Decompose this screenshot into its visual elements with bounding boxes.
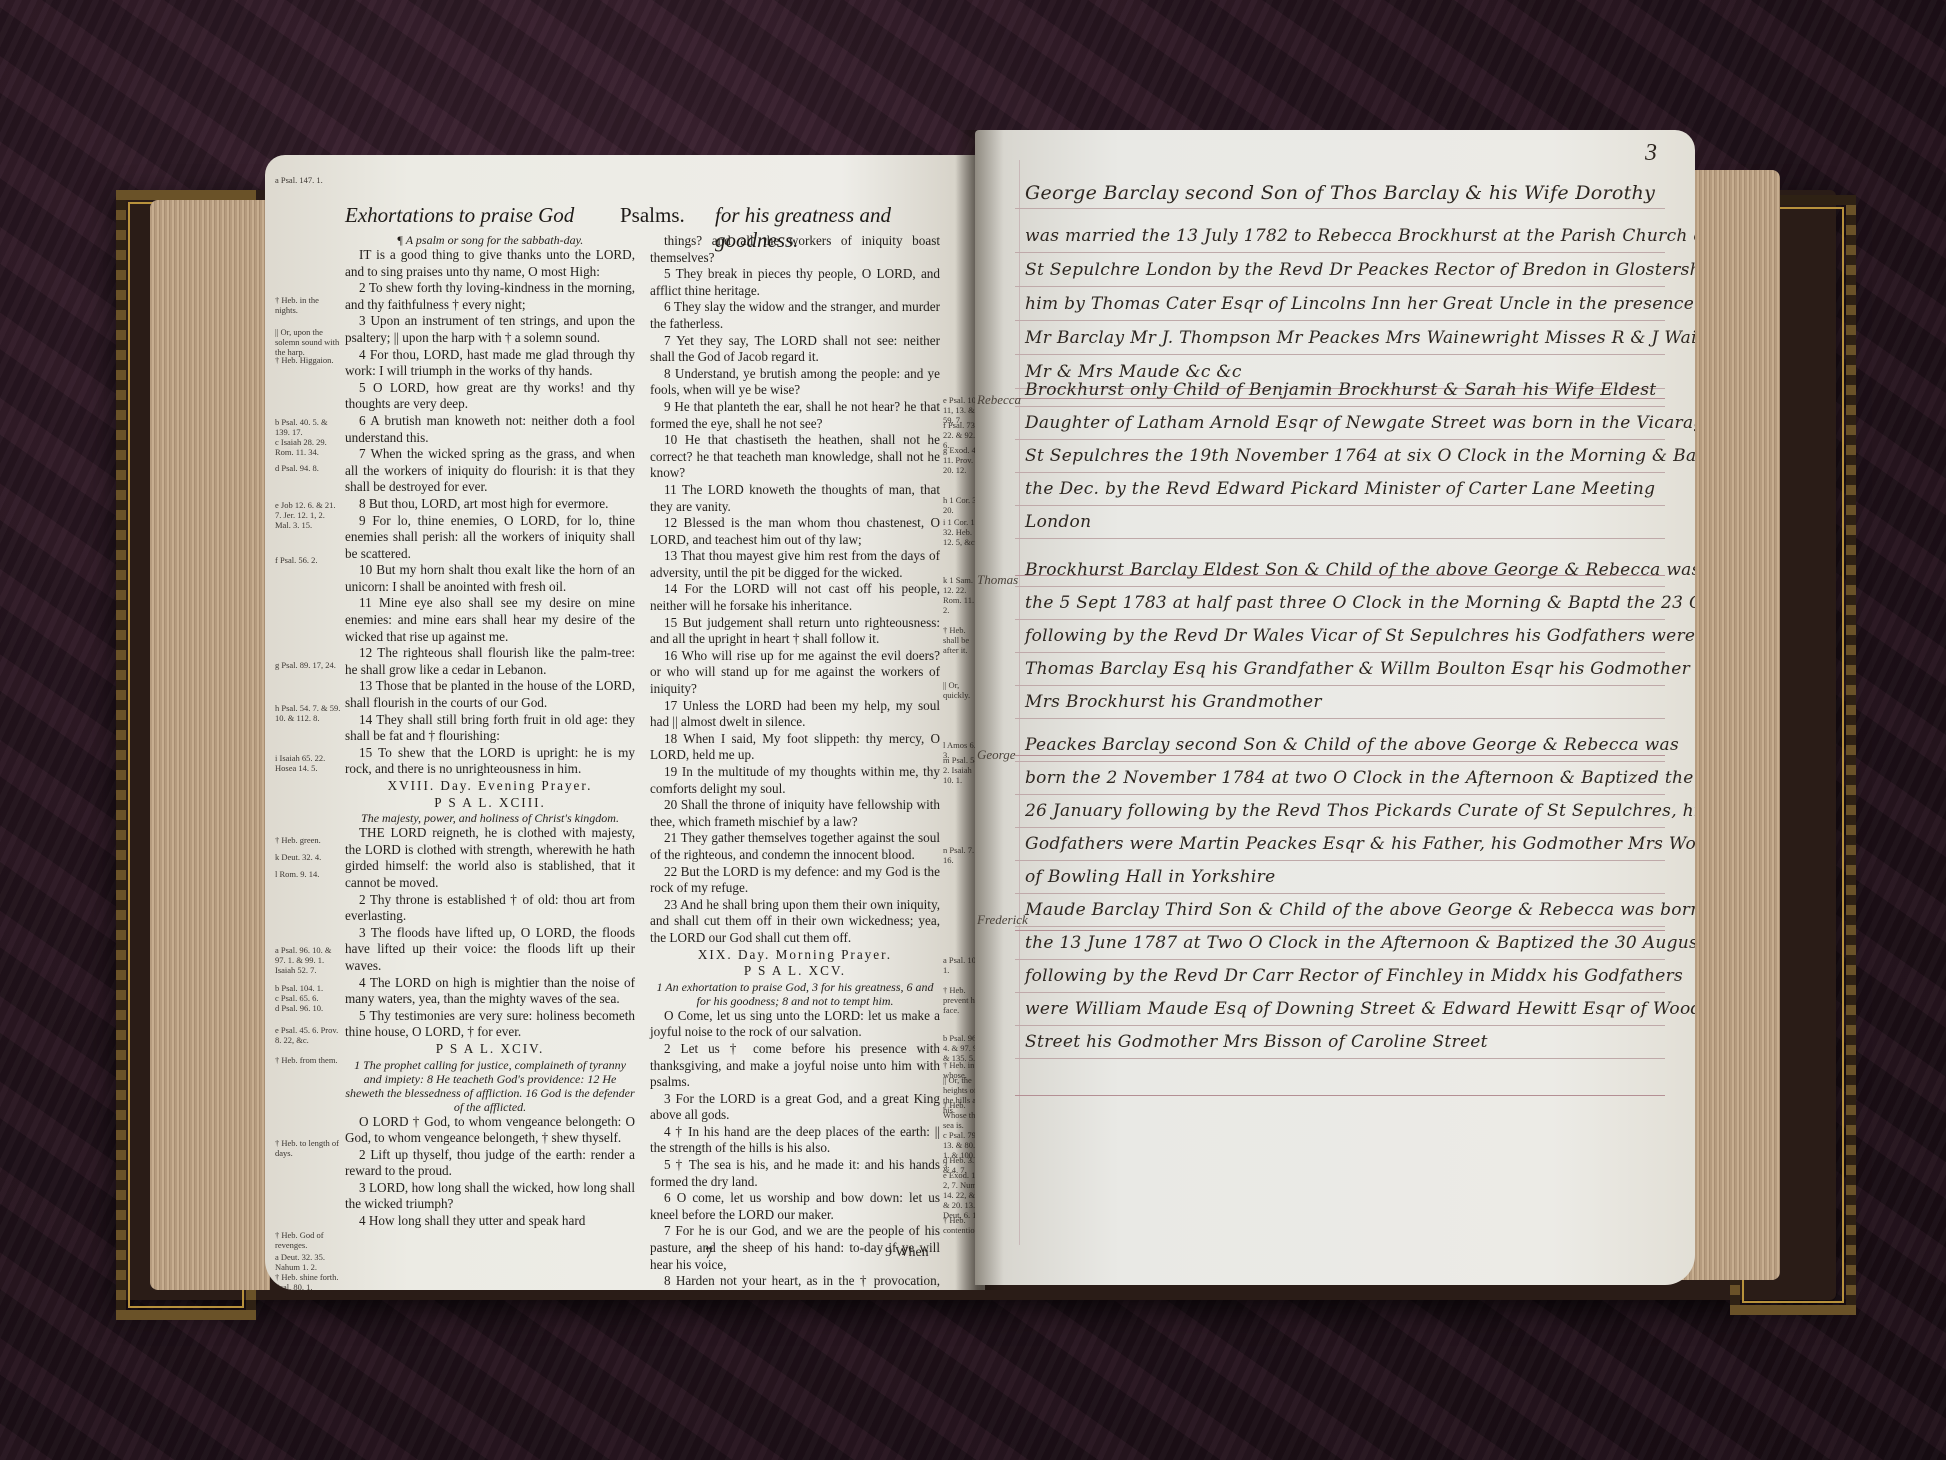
margin-note: c Psal. 65. 6. (275, 993, 318, 1003)
verse: 15 But judgement shall return unto right… (650, 615, 940, 648)
margin-note: k Deut. 32. 4. (275, 852, 321, 862)
psalm-heading: XVIII. Day. Evening Prayer. (345, 778, 635, 795)
verse: 14 They shall still bring forth fruit in… (345, 712, 635, 745)
verse: 2 To shew forth thy loving-kindness in t… (345, 280, 635, 313)
ruled-line (1015, 505, 1665, 506)
verse: 12 Blessed is the man whom thou chastene… (650, 515, 940, 548)
ruled-line (1015, 406, 1665, 407)
register-line: Maude Barclay Third Son & Child of the a… (1025, 900, 1695, 920)
register-line: the Dec. by the Revd Edward Pickard Mini… (1025, 479, 1655, 499)
verse: 3 LORD, how long shall the wicked, how l… (345, 1180, 635, 1213)
margin-note: i Isaiah 65. 22. Hosea 14. 5. (275, 753, 341, 773)
verse: 11 Mine eye also shall see my desire on … (345, 595, 635, 645)
verse: 7 Yet they say, The LORD shall not see: … (650, 333, 940, 366)
verse: IT is a good thing to give thanks unto t… (345, 247, 635, 280)
ruled-line (1015, 827, 1665, 828)
register-line: Brockhurst Barclay Eldest Son & Child of… (1025, 560, 1695, 580)
margin-note: b Psal. 104. 1. (275, 983, 323, 993)
verse: 6 A brutish man knoweth not: neither dot… (345, 413, 635, 446)
margin-note: d Psal. 96. 10. (275, 1003, 323, 1013)
verse: 13 That thou mayest give him rest from t… (650, 548, 940, 581)
register-line: St Sepulchres the 19th November 1764 at … (1025, 446, 1695, 466)
verse: 4 † In his hand are the deep places of t… (650, 1124, 940, 1157)
ruled-line (1015, 286, 1665, 287)
psalm-argument: 1 An exhortation to praise God, 3 for hi… (650, 980, 940, 1008)
verse: 2 Lift up thyself, thou judge of the ear… (345, 1147, 635, 1180)
register-line: Daughter of Latham Arnold Esqr of Newgat… (1025, 413, 1695, 433)
ruled-line (1015, 586, 1665, 587)
ruled-line (1015, 926, 1665, 927)
psalm-heading: XIX. Day. Morning Prayer. (650, 947, 940, 964)
margin-note: a Psal. 96. 10. & 97. 1. & 99. 1. Isaiah… (275, 945, 341, 975)
text-column-b: things? and all the workers of iniquity … (650, 233, 940, 1290)
verse: 7 When the wicked spring as the grass, a… (345, 446, 635, 496)
verse: 13 Those that be planted in the house of… (345, 678, 635, 711)
page-edges-right (1680, 170, 1780, 1280)
register-line: Street his Godmother Mrs Bisson of Carol… (1025, 1032, 1488, 1052)
register-line: Brockhurst only Child of Benjamin Brockh… (1025, 380, 1656, 400)
verse: 2 Thy throne is established † of old: th… (345, 892, 635, 925)
verse: 12 The righteous shall flourish like the… (345, 645, 635, 678)
ruled-line (1015, 860, 1665, 861)
register-line: Mr Barclay Mr J. Thompson Mr Peackes Mrs… (1025, 328, 1695, 348)
verse: 2 Let us † come before his presence with… (650, 1041, 940, 1091)
ruled-line (1015, 439, 1665, 440)
psalm-argument: The majesty, power, and holiness of Chri… (345, 811, 635, 825)
margin-note: h Psal. 54. 7. & 59. 10. & 112. 8. (275, 703, 341, 723)
verse: 5 Thy testimonies are very sure: holines… (345, 1008, 635, 1041)
margin-note: † Heb. God of revenges. (275, 1230, 341, 1250)
verse: THE LORD reigneth, he is clothed with ma… (345, 825, 635, 891)
ruled-line (1015, 893, 1665, 894)
page-edges-left (150, 200, 270, 1290)
verse: 6 O come, let us worship and bow down: l… (650, 1190, 940, 1223)
entry-margin-name: George (977, 747, 1016, 763)
margin-note: g Psal. 89. 17, 24. (275, 660, 336, 670)
ruled-line (1015, 718, 1665, 719)
ruled-line (1015, 1025, 1665, 1026)
ruled-line (1015, 685, 1665, 686)
register-line: following by the Revd Dr Carr Rector of … (1025, 966, 1683, 986)
catchword: 9 When (885, 1245, 929, 1261)
verse: 5 † The sea is his, and he made it: and … (650, 1157, 940, 1190)
handwritten-register-page: 3 George Barclay second Son of Thos Barc… (975, 130, 1695, 1285)
verse: 5 They break in pieces thy people, O LOR… (650, 266, 940, 299)
psalm-heading: P S A L. XCIV. (345, 1041, 635, 1058)
verse: 4 For thou, LORD, hast made me glad thro… (345, 347, 635, 380)
verse: 10 He that chastiseth the heathen, shall… (650, 432, 940, 482)
register-line: Mr & Mrs Maude &c &c (1025, 362, 1242, 382)
text-column-a: ¶ A psalm or song for the sabbath-day.IT… (345, 233, 635, 1230)
psalm-heading: P S A L. XCIII. (345, 795, 635, 812)
register-line: Mrs Brockhurst his Grandmother (1025, 692, 1322, 712)
ruled-line (1015, 208, 1665, 209)
margin-note: f Psal. 56. 2. (275, 555, 318, 565)
margin-note: || Or, upon the solemn sound with the ha… (275, 327, 341, 357)
margin-note: † Heb. from them. (275, 1055, 338, 1065)
verse: 8 Harden not your heart, as in the † pro… (650, 1273, 940, 1290)
verse: things? and all the workers of iniquity … (650, 233, 940, 266)
ruled-line (1015, 761, 1665, 762)
verse: 10 But my horn shalt thou exalt like the… (345, 562, 635, 595)
page-number: 7 (705, 1245, 713, 1263)
register-line: 26 January following by the Revd Thos Pi… (1025, 801, 1695, 821)
register-line: were William Maude Esq of Downing Street… (1025, 999, 1695, 1019)
verse: 14 For the LORD will not cast off his pe… (650, 581, 940, 614)
ruled-line (1015, 619, 1665, 620)
verse: 6 They slay the widow and the stranger, … (650, 299, 940, 332)
verse: 19 In the multitude of my thoughts withi… (650, 764, 940, 797)
register-line: of Bowling Hall in Yorkshire (1025, 867, 1275, 887)
printed-psalms-page: Exhortations to praise God Psalms. for h… (265, 155, 985, 1290)
psalm-argument: ¶ A psalm or song for the sabbath-day. (345, 233, 635, 247)
verse: 21 They gather themselves together again… (650, 830, 940, 863)
verse: 4 How long shall they utter and speak ha… (345, 1213, 635, 1230)
verse: 22 But the LORD is my defence: and my Go… (650, 864, 940, 897)
verse: 17 Unless the LORD had been my help, my … (650, 698, 940, 731)
register-line: was married the 13 July 1782 to Rebecca … (1025, 226, 1695, 246)
register-line: Godfathers were Martin Peackes Esqr & hi… (1025, 834, 1695, 854)
margin-note: a Deut. 32. 35. Nahum 1. 2. (275, 1252, 341, 1272)
running-head-center: Psalms. (620, 203, 685, 228)
verse: 20 Shall the throne of iniquity have fel… (650, 797, 940, 830)
margin-note: † Heb. to length of days. (275, 1138, 341, 1158)
margin-note: e Psal. 45. 6. Prov. 8. 22, &c. (275, 1025, 341, 1045)
margin-note: l Rom. 9. 14. (275, 869, 319, 879)
ruled-line (1015, 354, 1665, 355)
margin-note: b Psal. 40. 5. & 139. 17. (275, 417, 341, 437)
verse: 3 For the LORD is a great God, and a gre… (650, 1091, 940, 1124)
register-line: St Sepulchre London by the Revd Dr Peack… (1025, 260, 1695, 280)
margin-note: c Isaiah 28. 29. Rom. 11. 34. (275, 437, 341, 457)
ruled-line (1015, 992, 1665, 993)
ruled-line (1015, 538, 1665, 539)
entry-separator (1015, 755, 1665, 756)
verse: 16 Who will rise up for me against the e… (650, 648, 940, 698)
verse: 9 For lo, thine enemies, O LORD, for lo,… (345, 513, 635, 563)
verse: 15 To shew that the LORD is upright: he … (345, 745, 635, 778)
margin-note: † Heb. in the nights. (275, 295, 341, 315)
running-head-left: Exhortations to praise God (345, 203, 574, 228)
entry-margin-name: Thomas (977, 572, 1018, 588)
verse: O Come, let us sing unto the LORD: let u… (650, 1008, 940, 1041)
margin-note: a Psal. 147. 1. (275, 175, 323, 185)
margin-note: d Psal. 94. 8. (275, 463, 319, 473)
verse: 4 The LORD on high is mightier than the … (345, 975, 635, 1008)
register-line: him by Thomas Cater Esqr of Lincolns Inn… (1025, 294, 1695, 314)
verse: 8 But thou, LORD, art most high for ever… (345, 496, 635, 513)
verse: 9 He that planteth the ear, shall he not… (650, 399, 940, 432)
entry-separator (1015, 1095, 1665, 1096)
ruled-line (1015, 472, 1665, 473)
register-line: Peackes Barclay second Son & Child of th… (1025, 735, 1679, 755)
register-line: born the 2 November 1784 at two O Clock … (1025, 768, 1694, 788)
verse: 8 Understand, ye brutish among the peopl… (650, 366, 940, 399)
margin-note: † Heb. shine forth. Psal. 80. 1. (275, 1272, 341, 1290)
verse: 3 Upon an instrument of ten strings, and… (345, 313, 635, 346)
margin-note: † Heb. green. (275, 835, 321, 845)
margin-note: † Heb. Higgaion. (275, 355, 334, 365)
register-line: George Barclay second Son of Thos Barcla… (1025, 182, 1655, 204)
register-line: following by the Revd Dr Wales Vicar of … (1025, 626, 1695, 646)
ruled-line (1015, 1058, 1665, 1059)
register-line: London (1025, 512, 1091, 532)
psalm-argument: 1 The prophet calling for justice, compl… (345, 1058, 635, 1114)
verse: 5 O LORD, how great are thy works! and t… (345, 380, 635, 413)
margin-note: e Job 12. 6. & 21. 7. Jer. 12. 1, 2. Mal… (275, 500, 341, 530)
page-number: 3 (1645, 140, 1657, 167)
verse: 18 When I said, My foot slippeth: thy me… (650, 731, 940, 764)
ruled-line (1015, 320, 1665, 321)
register-line: the 13 June 1787 at Two O Clock in the A… (1025, 933, 1695, 953)
ruled-line (1015, 959, 1665, 960)
verse: 11 The LORD knoweth the thoughts of man,… (650, 482, 940, 515)
verse: 23 And he shall bring upon them their ow… (650, 897, 940, 947)
verse: 3 The floods have lifted up, O LORD, the… (345, 925, 635, 975)
psalm-heading: P S A L. XCV. (650, 963, 940, 980)
ruled-line (1015, 252, 1665, 253)
ruled-line (1015, 794, 1665, 795)
register-line: Thomas Barclay Esq his Grandfather & Wil… (1025, 659, 1690, 679)
entry-separator (1015, 930, 1665, 931)
ruled-line (1015, 652, 1665, 653)
margin-rule (1019, 160, 1020, 1245)
register-line: the 5 Sept 1783 at half past three O Clo… (1025, 593, 1695, 613)
verse: O LORD † God, to whom vengeance belonget… (345, 1114, 635, 1147)
